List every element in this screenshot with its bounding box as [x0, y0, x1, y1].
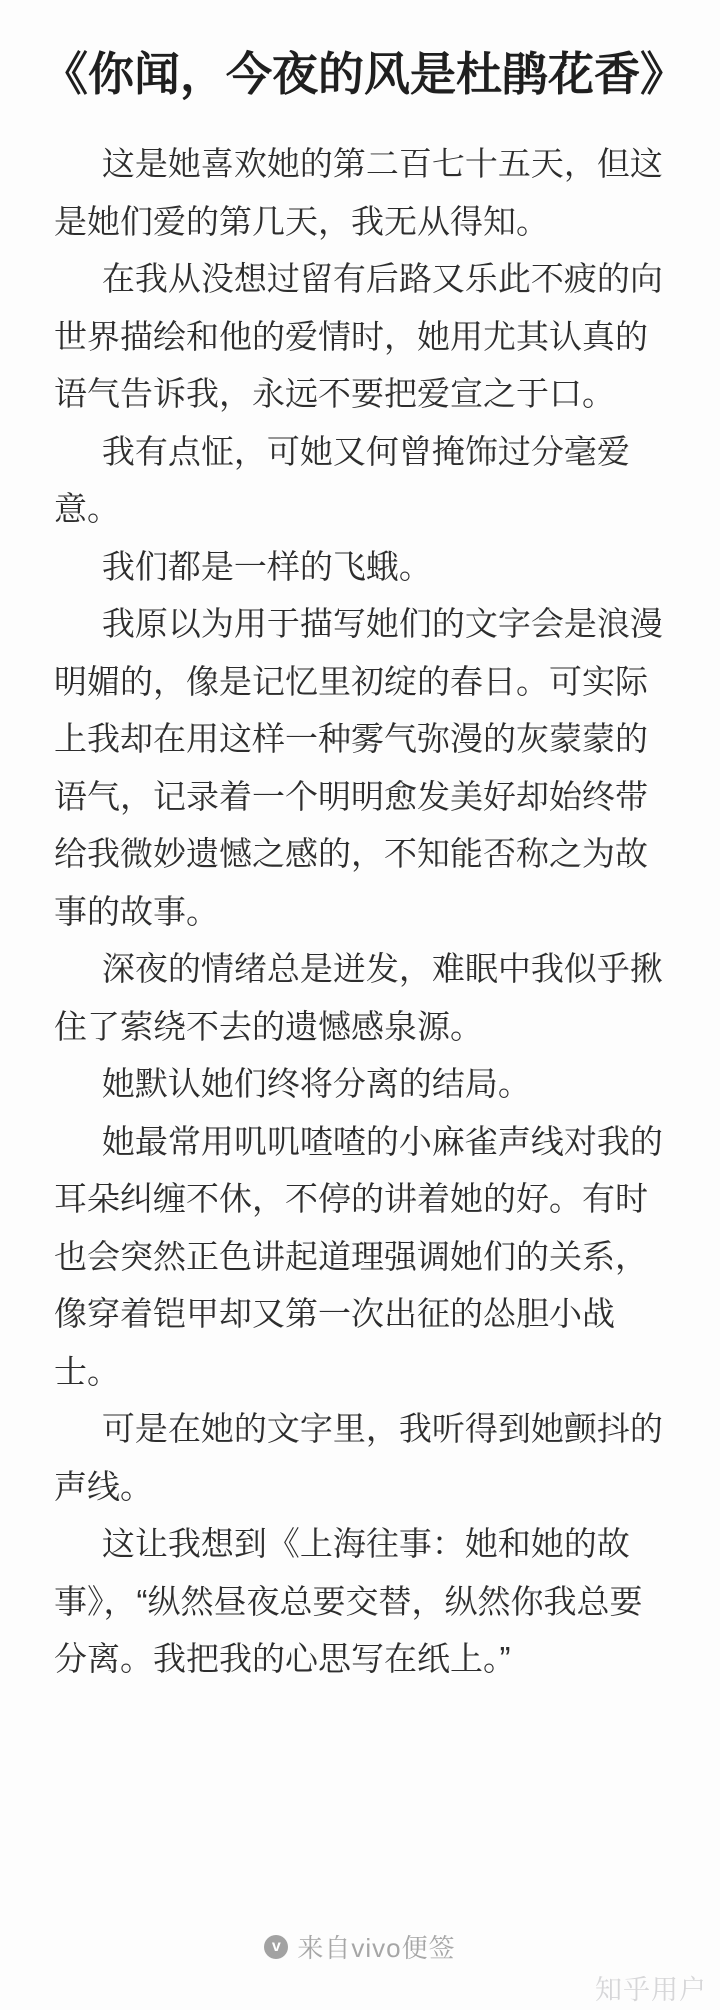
note-paragraph: 在我从没想过留有后路又乐此不疲的向世界描绘和他的爱情时，她用尤其认真的语气告诉我… [54, 250, 666, 423]
note-paragraph: 这是她喜欢她的第二百七十五天，但这是她们爱的第几天，我无从得知。 [54, 135, 666, 250]
zhihu-user-watermark: 知乎用户 [595, 1968, 707, 2007]
note-paragraph: 我们都是一样的飞蛾。 [54, 538, 666, 596]
note-page: 《你闻，今夜的风是杜鹃花香》 这是她喜欢她的第二百七十五天，但这是她们爱的第几天… [0, 40, 720, 1688]
note-body: 这是她喜欢她的第二百七十五天，但这是她们爱的第几天，我无从得知。在我从没想过留有… [54, 135, 666, 1688]
source-label: 来自vivo便签 [297, 1928, 455, 1965]
note-paragraph: 可是在她的文字里，我听得到她颤抖的声线。 [54, 1400, 666, 1515]
source-footer: v 来自vivo便签 [0, 1928, 720, 1965]
vivo-logo-icon: v [264, 1935, 288, 1959]
note-paragraph: 我有点怔，可她又何曾掩饰过分毫爱意。 [54, 423, 666, 538]
note-paragraph: 她最常用叽叽喳喳的小麻雀声线对我的耳朵纠缠不休，不停的讲着她的好。有时也会突然正… [54, 1113, 666, 1401]
note-paragraph: 深夜的情绪总是迸发，难眠中我似乎揪住了萦绕不去的遗憾感泉源。 [54, 940, 666, 1055]
note-paragraph: 她默认她们终将分离的结局。 [54, 1055, 666, 1113]
note-paragraph: 我原以为用于描写她们的文字会是浪漫明媚的，像是记忆里初绽的春日。可实际上我却在用… [54, 595, 666, 940]
note-title: 《你闻，今夜的风是杜鹃花香》 [42, 40, 666, 109]
note-paragraph: 这让我想到《上海往事：她和她的故事》，“纵然昼夜总要交替，纵然你我总要分离。我把… [54, 1515, 666, 1688]
